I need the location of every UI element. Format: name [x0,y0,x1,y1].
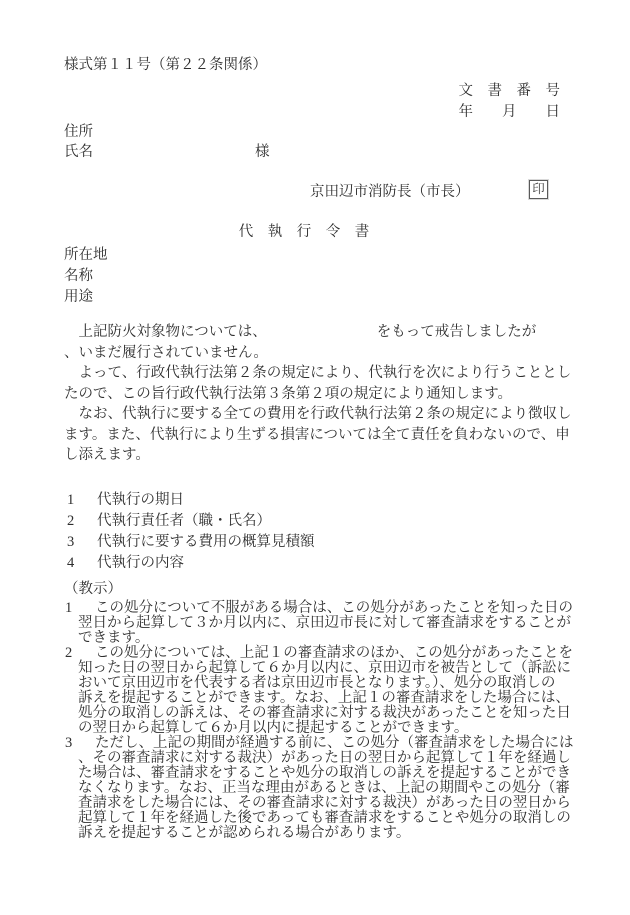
item-label: 代執行責任者（職・氏名） [97,513,271,529]
note-line: この処分について不服がある場合は、この処分があったことを知った日の [78,601,586,616]
note-number: 2 [65,646,72,661]
document-page: 様式第１１号（第２２条関係） 文 書 番 号 年 月 日 住所 氏名様 京田辺市… [0,0,630,915]
list-item: 1代執行の期日 [64,490,315,511]
note-line: ただし、上記の期間が経過する前に、この処分（審査請求をした場合には [78,736,586,751]
item-number: 1 [67,490,74,511]
note-line: なくなります。なお、正当な理由があるときは、上記の期間やこの処分（審 [78,781,586,796]
p1-before-blank: 上記防火対象物については、 [64,324,267,340]
item-number: 4 [67,553,74,574]
note-item: 1 この処分について不服がある場合は、この処分があったことを知った日の 翌日から… [64,601,586,646]
paragraph-1-line-1: 上記防火対象物については、をもって戒告しましたが [64,322,584,343]
property-block: 所在地 名称 用途 [64,245,108,308]
honorific-sama: 様 [255,144,270,160]
seal-character: 印 [532,183,545,196]
address-label: 住所 [64,122,270,142]
paragraph-1-line-2: 、いまだ履行されていません。 [64,343,584,364]
note-item: 2 この処分については、上記１の審査請求のほか、この処分があったことを 知った日… [64,646,586,736]
note-number: 3 [65,736,72,751]
paragraph-3-line-2: ます。また、代執行により生ずる損害については全て責任を負わないので、申 [64,425,584,446]
property-name-label: 名称 [64,266,108,287]
note-item: 3 ただし、上記の期間が経過する前に、この処分（審査請求をした場合には 、その審… [64,736,586,841]
name-label: 氏名 [64,144,93,160]
doc-number-line: 文 書 番 号 [459,81,561,102]
location-label: 所在地 [64,245,108,266]
note-line: 翌日から起算して３か月以内に、京田辺市長に対して審査請求をすることが [78,616,586,631]
form-number: 様式第１１号（第２２条関係） [64,55,267,75]
note-line: 査請求をした場合には、その審査請求に対する裁決）があった日の翌日から [78,796,586,811]
item-label: 代執行の期日 [97,492,184,508]
note-line: 知った日の翌日から起算して６か月以内に、京田辺市を被告として（訴訟に [78,661,586,676]
document-title: 代 執 行 令 書 [0,222,608,242]
note-line: 訴えを提起することが認められる場合があります。 [78,826,586,841]
paragraph-2-line-1: よって、行政代執行法第２条の規定により、代執行を次により行うこととし [64,363,584,384]
note-line: おいて京田辺市を代表する者は京田辺市長となります。）、処分の取消しの [78,676,586,691]
note-line: 処分の取消しの訴えは、その審査請求に対する裁決があったことを知った日 [78,706,586,721]
name-line: 氏名様 [64,142,270,162]
item-label: 代執行に要する費用の概算見積額 [97,534,315,550]
paragraph-3-line-3: し添えます。 [64,445,584,466]
item-label: 代執行の内容 [97,555,184,571]
note-line: 起算して１年を経過した後であっても審査請求をすることや処分の取消しの [78,811,586,826]
note-line: できます。 [78,631,586,646]
item-number: 2 [67,511,74,532]
body-paragraphs: 上記防火対象物については、をもって戒告しましたが 、いまだ履行されていません。 … [64,322,584,466]
note-line: た場合は、審査請求をすることや処分の取消しの訴えを提起することができ [78,766,586,781]
note-line: の翌日から起算して６か月以内に提起することができます。 [78,721,586,736]
recipient-block: 住所 氏名様 [64,122,270,162]
date-line: 年 月 日 [459,102,561,123]
seal-stamp-icon: 印 [529,180,548,199]
p1-after-blank: をもって戒告しましたが [377,324,537,340]
note-line: 訴えを提起することができます。なお、上記１の審査請求をした場合には、 [78,691,586,706]
item-number: 3 [67,532,74,553]
note-number: 1 [65,601,72,616]
paragraph-3-line-1: なお、代執行に要する全ての費用を行政代執行法第２条の規定により徴収し [64,404,584,425]
note-line: この処分については、上記１の審査請求のほか、この処分があったことを [78,646,586,661]
list-item: 4代執行の内容 [64,553,315,574]
doc-meta-block: 文 書 番 号 年 月 日 [459,81,561,123]
paragraph-2-line-2: たので、この旨行政代執行法第３条第２項の規定により通知します。 [64,384,584,405]
note-line: 、その審査請求に対する裁決）があった日の翌日から起算して１年を経過し [78,751,586,766]
appeal-notes: 1 この処分について不服がある場合は、この処分があったことを知った日の 翌日から… [64,601,586,841]
list-item: 2代執行責任者（職・氏名） [64,511,315,532]
use-label: 用途 [64,287,108,308]
list-item: 3代執行に要する費用の概算見積額 [64,532,315,553]
issuer-name: 京田辺市消防長（市長） [310,182,470,202]
execution-items-list: 1代執行の期日 2代執行責任者（職・氏名） 3代執行に要する費用の概算見積額 4… [64,490,315,574]
issuer-line: 京田辺市消防長（市長） 印 [0,182,630,202]
notes-heading: （教示） [64,579,122,599]
